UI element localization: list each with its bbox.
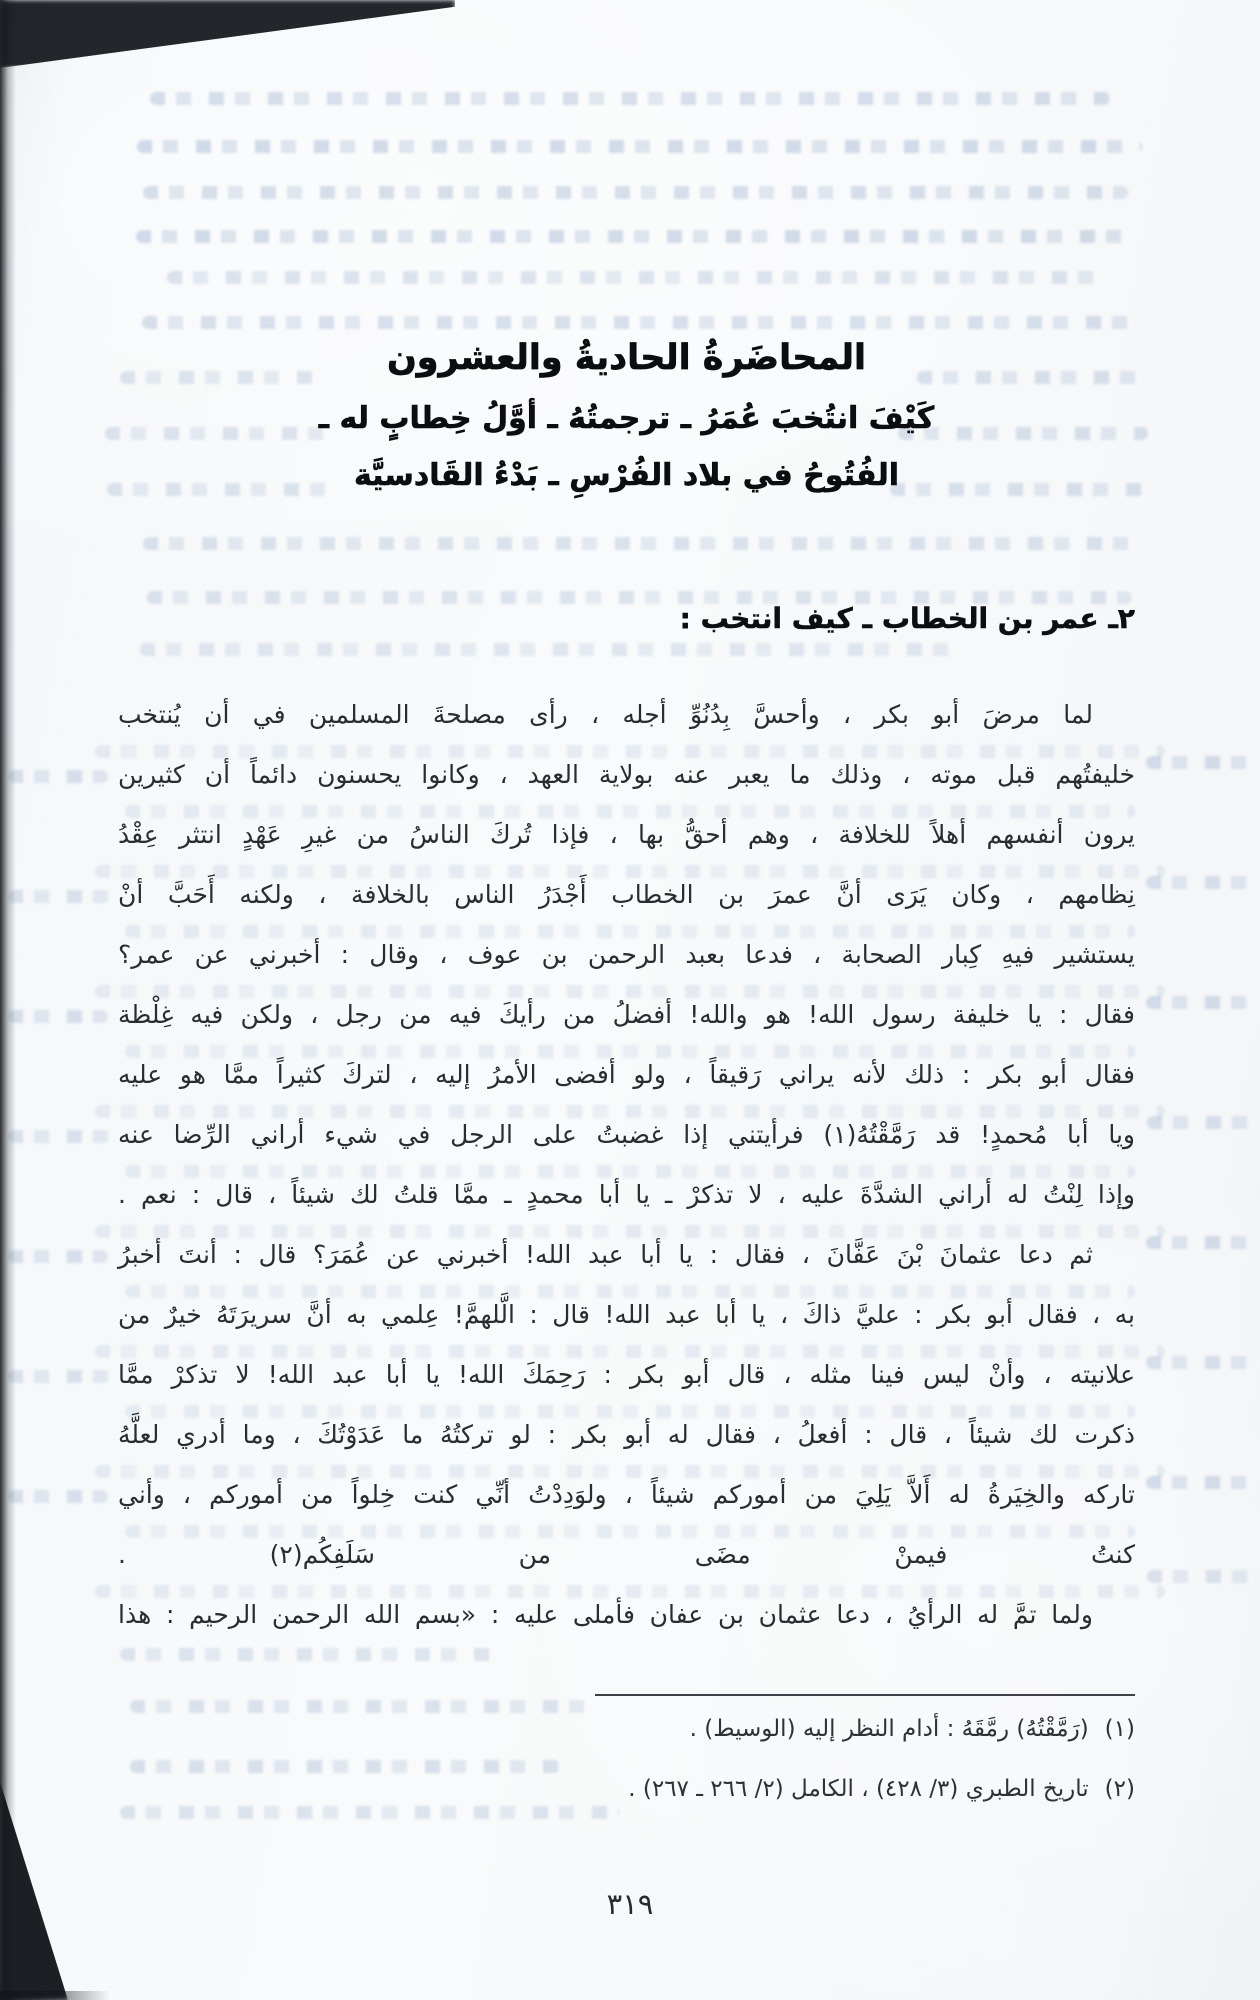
text-line: فقال أبو بكر : ذلك لأنه يراني رَقيقاً ، … [118,1045,1135,1105]
text-line: وإذا لِنْتُ له أراني الشدَّةَ عليه ، لا … [118,1165,1135,1225]
text-line: نِظامهم ، وكان يَرَى أنَّ عمرَ بن الخطاب… [118,865,1135,925]
ghost-line [1147,1116,1255,1129]
footnote-marker: (٢) [1105,1772,1135,1806]
lecture-title: المحاضَرةُ الحاديةُ والعشرون [118,332,1135,384]
lecture-subtitle-line1: كَيْفَ انتُخبَ عُمَرُ ـ ترجمتُهُ ـ أوَّل… [118,390,1135,447]
text-line: ذكرت لك شيئاً ، قال : أفعلُ ، فقال له أب… [118,1405,1135,1465]
footnote: (٢) تاريخ الطبري (٣/ ٤٢٨) ، الكامل (٢/ ٢… [118,1772,1135,1806]
scanned-book-page: المحاضَرةُ الحاديةُ والعشرون كَيْفَ انتُ… [0,0,1260,2000]
ghost-line [136,230,1136,243]
footnote-text: (رَمَّقْتُهُ) رمَّقَهُ : أدام النظر إليه… [118,1712,1089,1746]
text-line: يستشير فيهِ كِبار الصحابة ، فدعا بعبد ال… [118,925,1135,985]
footnotes: (١) (رَمَّقْتُهُ) رمَّقَهُ : أدام النظر … [118,1712,1135,1832]
ghost-line [120,1648,500,1661]
text-line: يرون أنفسهم أهلاً للخلافة ، وهم أحقُّ به… [118,805,1135,865]
footnote-divider [595,1694,1135,1696]
ghost-line [8,890,110,903]
paragraph-3: ولما تمَّ له الرأيُ ، دعا عثمان بن عفان … [118,1585,1135,1645]
ghost-line [8,1370,110,1383]
footnote-marker: (١) [1105,1712,1135,1746]
paragraph-2: ثم دعا عثمانَ بْنَ عَفَّانَ ، فقال : يا … [118,1225,1135,1585]
ghost-line [142,316,1132,329]
section-heading: ٢ـ عمر بن الخطاب ـ كيف انتخب : [118,596,1135,642]
text-line: لما مرضَ أبو بكر ، وأحسَّ بِدُنُوِّ أجله… [118,685,1135,745]
ghost-line [1146,1476,1258,1489]
ghost-line [1146,1356,1256,1369]
text-line: خليفتُهم قبل موته ، وذلك ما يعبر عنه بول… [118,745,1135,805]
ghost-line [1146,1236,1258,1249]
main-text-column: المحاضَرةُ الحاديةُ والعشرون كَيْفَ انتُ… [118,332,1135,1645]
ghost-line [143,186,1128,199]
text-line: تاركه والخِيَرةُ له أَلاَّ يَلِيَ من أمو… [118,1465,1135,1525]
footnote-text: تاريخ الطبري (٣/ ٤٢٨) ، الكامل (٢/ ٢٦٦ ـ… [118,1772,1089,1806]
footnote: (١) (رَمَّقْتُهُ) رمَّقَهُ : أدام النظر … [118,1712,1135,1746]
paragraph-1: لما مرضَ أبو بكر ، وأحسَّ بِدُنُوِّ أجله… [118,685,1135,1225]
ghost-line [1147,1570,1255,1583]
page-number: ٣١٩ [0,1884,1260,1924]
text-line: به ، فقال أبو بكر : عليَّ ذاكَ ، يا أبا … [118,1285,1135,1345]
text-line: ثم دعا عثمانَ بْنَ عَفَّانَ ، فقال : يا … [118,1225,1135,1285]
ghost-line [8,770,108,783]
text-line: علانيته ، وأنْ ليس فينا مثله ، قال أبو ب… [118,1345,1135,1405]
ghost-line [1146,876,1256,889]
text-line: كنتُ فيمنْ مضَى من سَلَفِكُم(٢) . [118,1525,1135,1585]
text-line: فقال : يا خليفة رسول الله! هو والله! أفض… [118,985,1135,1045]
ghost-line [150,92,1110,105]
body-paragraphs: لما مرضَ أبو بكر ، وأحسَّ بِدُنُوِّ أجله… [118,685,1135,1645]
text-line: ويا أبا مُحمدٍ! قد رَمَّقْتُهُ(١) فرأيتن… [118,1105,1135,1165]
scan-edge-left [0,0,16,2000]
ghost-line [8,1490,108,1503]
ghost-line [167,271,1102,284]
ghost-line [8,1010,108,1023]
text-line: ولما تمَّ له الرأيُ ، دعا عثمان بن عفان … [118,1585,1135,1645]
ghost-line [8,1130,110,1143]
ghost-line [1146,756,1258,769]
ghost-line [1146,996,1258,1009]
scan-edge-bottom [0,1991,110,2000]
ghost-line [8,1250,108,1263]
lecture-subtitle-line2: الفُتُوحُ في بلاد الفُرْسِ ـ بَدْءُ القَ… [118,447,1135,504]
ghost-line [137,140,1142,153]
